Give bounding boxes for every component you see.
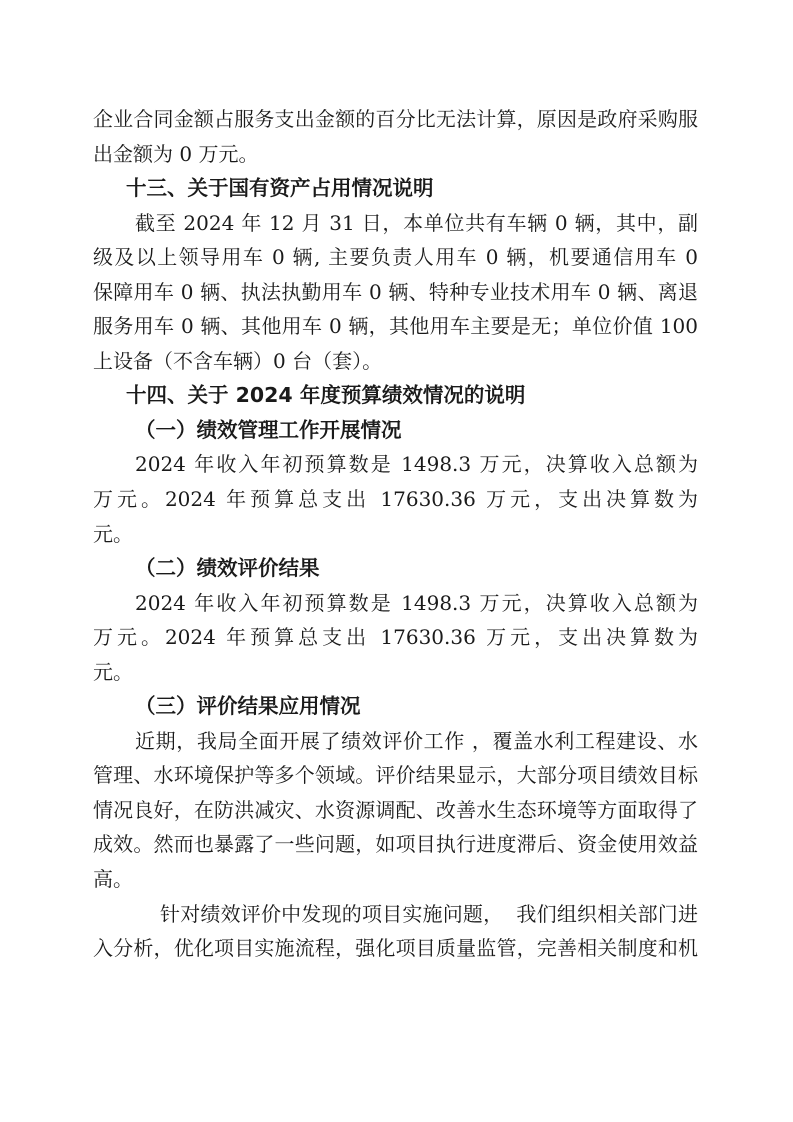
- paragraph-budget-1-line-1: 2024 年收入年初预算数是 1498.3 万元，决算收入总额为 17630.3…: [93, 447, 698, 482]
- paragraph-evaluation-line-1: 近期，我局全面开展了绩效评价工作 ，覆盖水利工程建设、水资源: [93, 724, 698, 759]
- paragraph-procurement-line-2: 出金额为 0 万元。: [93, 137, 698, 172]
- paragraph-budget-2-line-3: 元。: [93, 655, 698, 690]
- paragraph-evaluation-line-4: 成效。然而也暴露了一些问题，如项目执行进度滞后、资金使用效益不: [93, 827, 698, 862]
- paragraph-improvement-line-2: 入分析，优化项目实施流程，强化项目质量监管，完善相关制度和机制，: [93, 931, 698, 966]
- paragraph-vehicles-line-3: 保障用车 0 辆、执法执勤用车 0 辆、特种专业技术用车 0 辆、离退休干部: [93, 275, 698, 310]
- document-text-block: 企业合同金额占服务支出金额的百分比无法计算，原因是政府采购服务支 出金额为 0 …: [93, 102, 698, 966]
- paragraph-budget-2-line-2: 万元。2024 年预算总支出 17630.36 万元，支出决算数为 17630.…: [93, 620, 698, 655]
- document-page: 企业合同金额占服务支出金额的百分比无法计算，原因是政府采购服务支 出金额为 0 …: [0, 0, 793, 1122]
- paragraph-vehicles-line-4: 服务用车 0 辆、其他用车 0 辆，其他用车主要是无；单位价值 100 万元以: [93, 309, 698, 344]
- paragraph-procurement-line-1: 企业合同金额占服务支出金额的百分比无法计算，原因是政府采购服务支: [93, 102, 698, 137]
- section-heading-13-assets: 十三、关于国有资产占用情况说明: [93, 171, 698, 206]
- paragraph-evaluation-line-2: 管理、水环境保护等多个领域。评价结果显示，大部分项目绩效目标完成: [93, 758, 698, 793]
- section-heading-14-performance: 十四、关于 2024 年度预算绩效情况的说明: [93, 378, 698, 413]
- paragraph-vehicles-line-5: 上设备（不含车辆）0 台（套）。: [93, 344, 698, 379]
- subsection-heading-2: （二）绩效评价结果: [93, 551, 698, 586]
- paragraph-vehicles-line-1: 截至 2024 年 12 月 31 日，本单位共有车辆 0 辆，其中，副部（省）: [93, 206, 698, 241]
- paragraph-vehicles-line-2: 级及以上领导用车 0 辆, 主要负责人用车 0 辆，机要通信用车 0 辆、应急: [93, 240, 698, 275]
- paragraph-budget-2-line-1: 2024 年收入年初预算数是 1498.3 万元，决算收入总额为 17630.3…: [93, 586, 698, 621]
- subsection-heading-3: （三）评价结果应用情况: [93, 689, 698, 724]
- subsection-heading-1: （一）绩效管理工作开展情况: [93, 413, 698, 448]
- paragraph-evaluation-line-3: 情况良好，在防洪减灾、水资源调配、改善水生态环境等方面取得了显著: [93, 793, 698, 828]
- paragraph-budget-1-line-2: 万元。2024 年预算总支出 17630.36 万元，支出决算数为 17630.…: [93, 482, 698, 517]
- paragraph-budget-1-line-3: 元。: [93, 517, 698, 552]
- paragraph-evaluation-line-5: 高。: [93, 862, 698, 897]
- paragraph-improvement-line-1: 针对绩效评价中发现的项目实施问题， 我们组织相关部门进行深: [93, 897, 698, 932]
